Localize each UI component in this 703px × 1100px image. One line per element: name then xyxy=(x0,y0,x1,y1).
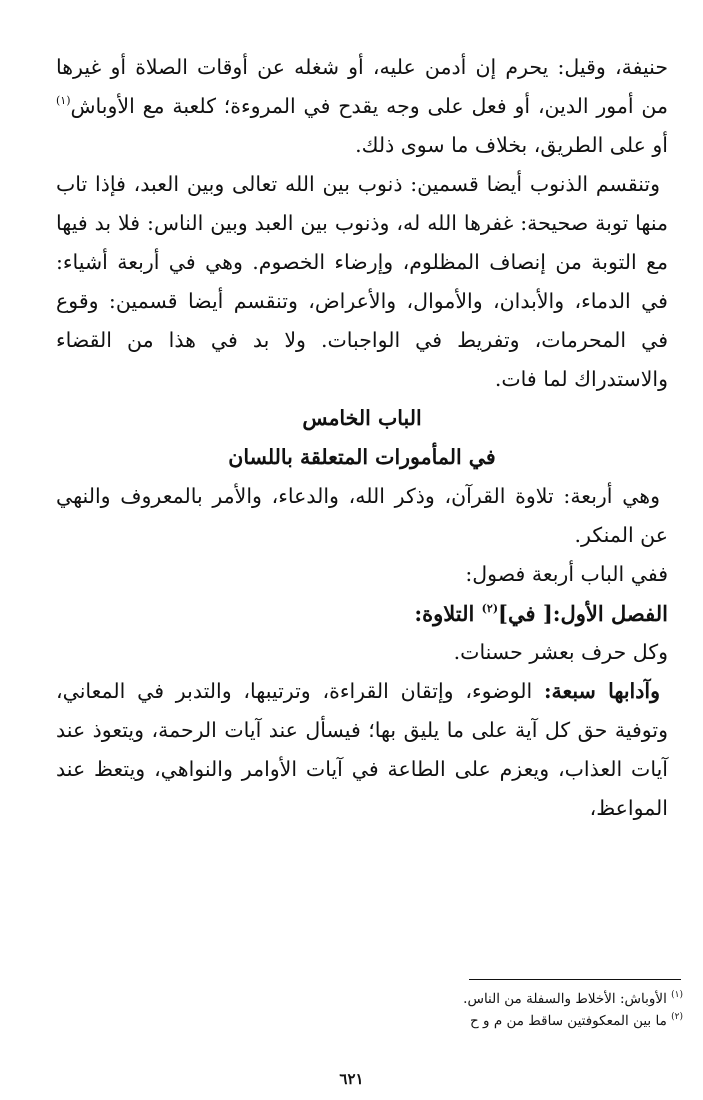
paragraph-continuation: حنيفة، وقيل: يحرم إن أدمن عليه، أو شغله … xyxy=(56,48,668,165)
footnote-1: (١) الأوباش: الأخلاط والسفلة من الناس. xyxy=(383,988,683,1010)
section-title-text: الفصل الأول:[ في] xyxy=(498,601,668,626)
paragraph-four-commands: وهي أربعة: تلاوة القرآن، وذكر الله، والد… xyxy=(56,477,668,555)
footnotes: (١) الأوباش: الأخلاط والسفلة من الناس. (… xyxy=(383,988,683,1032)
paragraph-chapter-sections: ففي الباب أربعة فصول: xyxy=(56,555,668,594)
footnote-2: (٢) ما بين المعكوفتين ساقط من م و ح xyxy=(383,1010,683,1032)
paragraph-sins-division: وتنقسم الذنوب أيضا قسمين: ذنوب بين الله … xyxy=(56,165,668,399)
footnote-ref-1[interactable]: (١) xyxy=(56,94,71,107)
paragraph-etiquettes: وآدابها سبعة: الوضوء، وإتقان القراءة، وت… xyxy=(56,672,668,828)
bold-lead: وآدابها سبعة: xyxy=(544,679,660,703)
footnote-text: الأوباش: الأخلاط والسفلة من الناس. xyxy=(463,991,671,1007)
footnote-marker: (٢) xyxy=(671,1012,683,1022)
page-number: ٦٢١ xyxy=(0,1070,703,1088)
book-page: حنيفة، وقيل: يحرم إن أدمن عليه، أو شغله … xyxy=(0,0,703,1100)
footnote-text: ما بين المعكوفتين ساقط من م و ح xyxy=(470,1013,671,1029)
footnote-divider xyxy=(469,979,681,980)
paragraph-text: أو على الطريق، بخلاف ما سوى ذلك. xyxy=(355,133,668,157)
main-text: حنيفة، وقيل: يحرم إن أدمن عليه، أو شغله … xyxy=(56,48,668,828)
section-title: الفصل الأول:[ في](٢) التلاوة: xyxy=(56,594,668,633)
footnote-marker: (١) xyxy=(671,990,683,1000)
chapter-heading: الباب الخامس xyxy=(56,399,668,438)
chapter-subheading: في المأمورات المتعلقة باللسان xyxy=(56,438,668,477)
footnote-ref-2[interactable]: (٢) xyxy=(482,602,498,615)
section-title-text: التلاوة: xyxy=(414,601,481,626)
paragraph-text: حنيفة، وقيل: يحرم إن أدمن عليه، أو شغله … xyxy=(56,55,668,118)
paragraph-rewards: وكل حرف بعشر حسنات. xyxy=(56,633,668,672)
